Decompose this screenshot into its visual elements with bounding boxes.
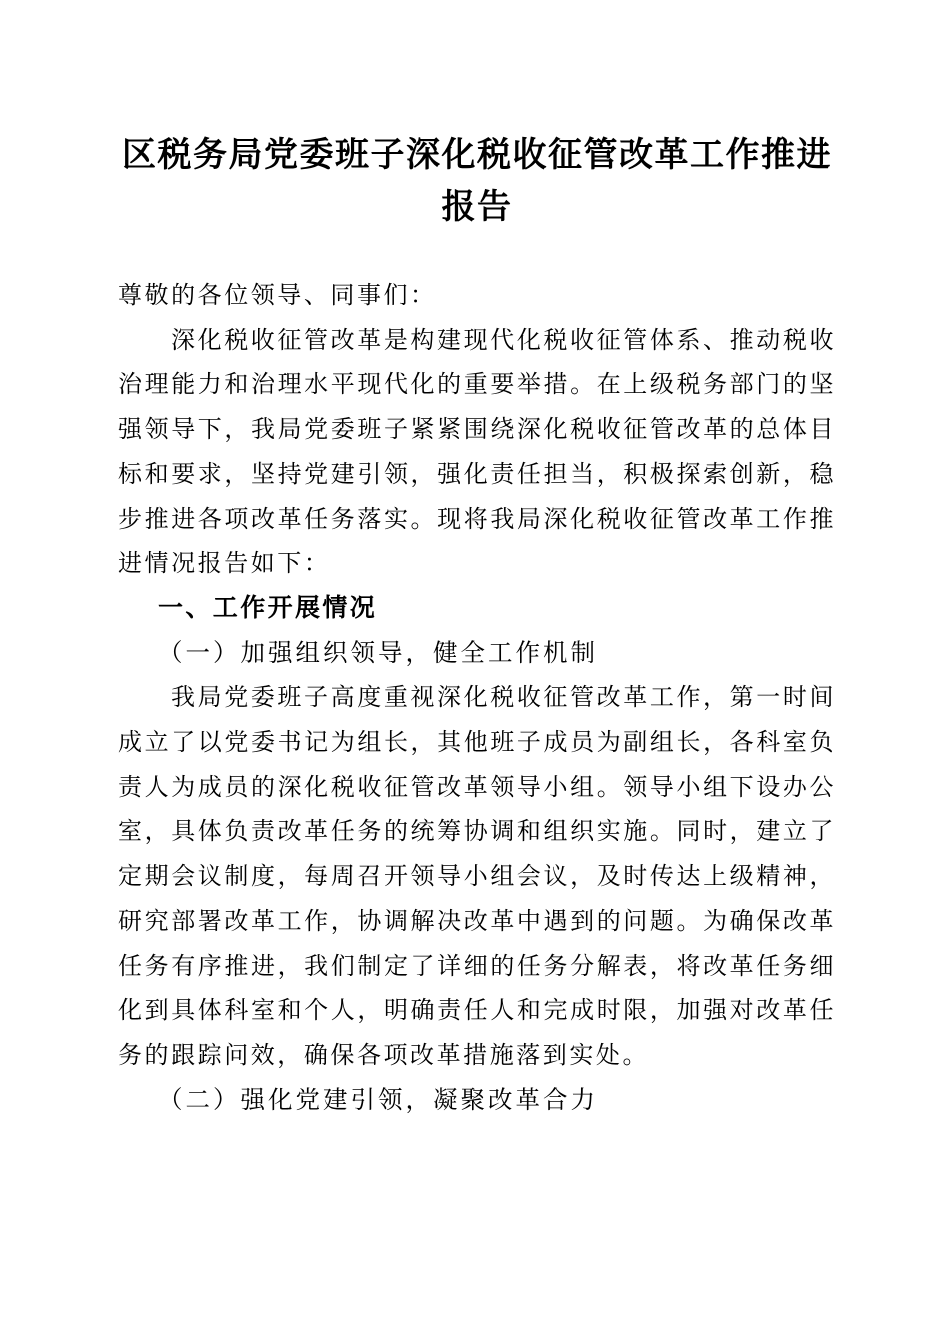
subsection-1-1-heading: （一）加强组织领导，健全工作机制 — [118, 631, 836, 676]
intro-paragraph: 深化税收征管改革是构建现代化税收征管体系、推动税收治理能力和治理水平现代化的重要… — [118, 318, 836, 586]
subsection-1-1-paragraph: 我局党委班子高度重视深化税收征管改革工作，第一时间成立了以党委书记为组长，其他班… — [118, 675, 836, 1077]
document-title: 区税务局党委班子深化税收征管改革工作推进报告 — [118, 0, 836, 233]
subsection-1-2-heading: （二）强化党建引领，凝聚改革合力 — [118, 1078, 836, 1123]
section-1-heading: 一、工作开展情况 — [118, 586, 836, 631]
document-body: 尊敬的各位领导、同事们： 深化税收征管改革是构建现代化税收征管体系、推动税收治理… — [118, 273, 836, 1122]
document-page: 区税务局党委班子深化税收征管改革工作推进报告 尊敬的各位领导、同事们： 深化税收… — [0, 0, 950, 1344]
salutation: 尊敬的各位领导、同事们： — [118, 273, 836, 318]
document-content: 区税务局党委班子深化税收征管改革工作推进报告 尊敬的各位领导、同事们： 深化税收… — [118, 0, 836, 1122]
